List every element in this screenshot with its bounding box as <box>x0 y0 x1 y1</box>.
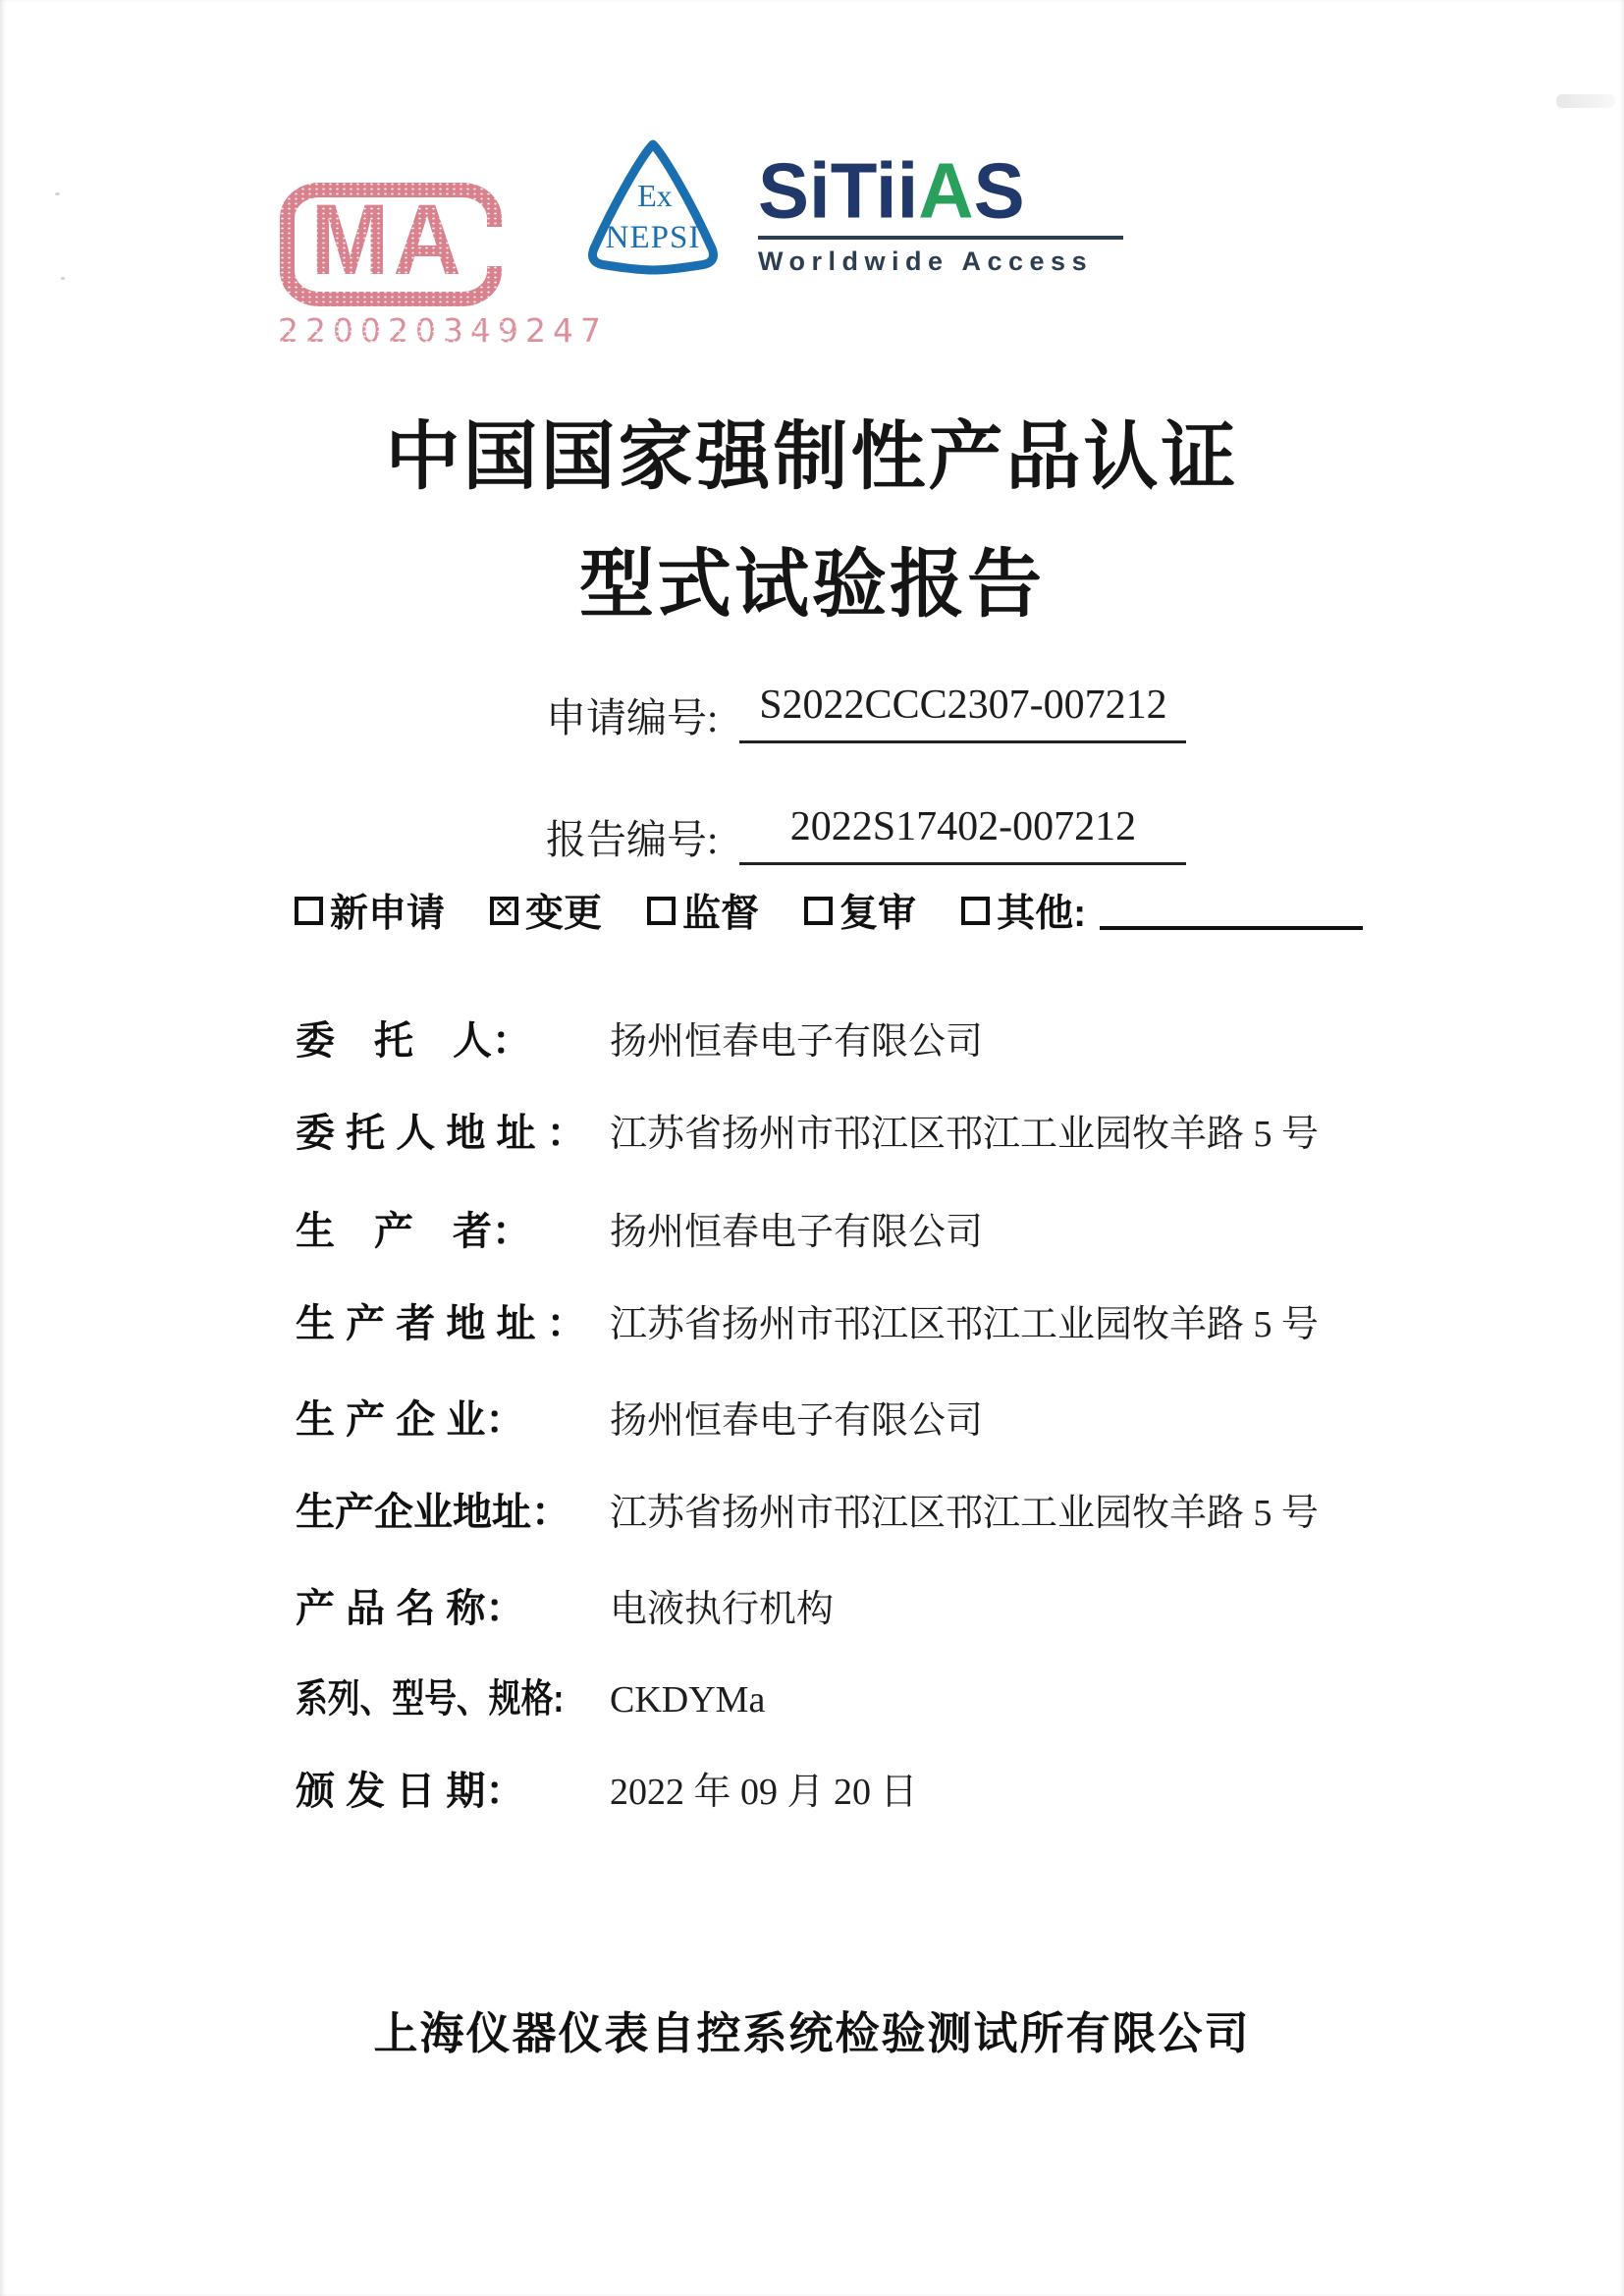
checkbox-supervision: 监督 <box>647 883 759 938</box>
field-value: 江苏省扬州市邗江区邗江工业园牧羊路 5 号 <box>610 1293 1319 1347</box>
scan-fleck <box>55 192 60 195</box>
field-value: 电液执行机构 <box>610 1578 834 1632</box>
cma-stamp: MA 220020349247 <box>278 183 510 350</box>
cma-stamp-opening <box>485 227 504 266</box>
checkbox-checked-icon: ✕ <box>490 897 518 925</box>
checkbox-label: 新申请 <box>330 883 445 938</box>
field-value: CKDYMa <box>610 1678 765 1722</box>
application-type-row: 新申请 ✕ 变更 监督 复审 其他: <box>295 883 1363 938</box>
field-label: 颁 发 日 期： <box>296 1760 572 1816</box>
field-product-name: 产 品 名 称：电液执行机构 <box>296 1577 834 1633</box>
field-label: 生产企业地址： <box>296 1481 572 1537</box>
checkbox-icon <box>647 897 676 925</box>
cma-stamp-icon: MA <box>280 183 502 306</box>
sitiias-logo: SiTiiAS Worldwide Access <box>758 149 1123 277</box>
field-value: 江苏省扬州市邗江区邗江工业园牧羊路 5 号 <box>610 1482 1319 1536</box>
field-consignor: 委 托 人：扬州恒春电子有限公司 <box>296 1010 983 1066</box>
sitiias-word-green-a: A <box>918 146 973 235</box>
application-number-value: S2022CCC2307-007212 <box>739 682 1186 743</box>
nepsi-ex-text: Ex <box>637 178 673 213</box>
checkbox-label: 复审 <box>839 883 916 938</box>
field-label: 产 品 名 称： <box>296 1577 572 1633</box>
field-value: 江苏省扬州市邗江区邗江工业园牧羊路 5 号 <box>610 1103 1319 1157</box>
cma-stamp-number: 220020349247 <box>278 311 510 350</box>
cma-stamp-letters: MA <box>295 184 481 299</box>
sitiias-divider <box>758 236 1123 240</box>
field-value: 扬州恒春电子有限公司 <box>610 1390 983 1444</box>
checkbox-label: 监督 <box>682 883 759 938</box>
other-blank-line <box>1100 891 1363 930</box>
sitiias-wordmark: SiTiiAS <box>758 148 1123 233</box>
sitiias-tagline: Worldwide Access <box>758 246 1123 277</box>
nepsi-name-text: NEPSI <box>606 220 701 255</box>
certification-report-cover: MA 220020349247 Ex NEPSI SiTiiAS Worldwi… <box>0 0 1624 2296</box>
checkbox-other: 其他: <box>961 883 1363 938</box>
report-number-label: 报告编号: <box>546 817 718 862</box>
sitiias-word-navy-1: SiTii <box>758 146 918 235</box>
field-producer-address: 生 产 者 地 址 ：江苏省扬州市邗江区邗江工业园牧羊路 5 号 <box>296 1292 1319 1348</box>
document-title-line2: 型式试验报告 <box>0 524 1624 631</box>
field-value: 2022 年 09 月 20 日 <box>610 1761 918 1815</box>
scan-smudge <box>1556 94 1615 108</box>
application-number-label: 申请编号: <box>546 695 718 740</box>
report-number-value: 2022S17402-007212 <box>739 803 1186 865</box>
field-label: 委 托 人 地 址 ： <box>296 1102 572 1158</box>
application-number-row: 申请编号:S2022CCC2307-007212 <box>546 685 1186 743</box>
field-consignor-address: 委 托 人 地 址 ：江苏省扬州市邗江区邗江工业园牧羊路 5 号 <box>296 1102 1319 1158</box>
checkbox-icon <box>295 897 323 925</box>
field-label: 生 产 者： <box>296 1200 572 1256</box>
field-label: 生 产 企 业： <box>296 1389 572 1445</box>
field-issue-date: 颁 发 日 期：2022 年 09 月 20 日 <box>296 1760 918 1816</box>
field-label: 系列、型号、规格: <box>296 1667 522 1723</box>
field-value: 扬州恒春电子有限公司 <box>610 1201 983 1255</box>
document-title-line1: 中国国家强制性产品认证 <box>0 397 1624 504</box>
field-manufacturer: 生 产 企 业：扬州恒春电子有限公司 <box>296 1389 983 1445</box>
checkbox-new-application: 新申请 <box>295 883 445 938</box>
checkbox-label: 其他: <box>997 883 1086 938</box>
field-label: 生 产 者 地 址 ： <box>296 1292 572 1348</box>
nepsi-ex-logo: Ex NEPSI <box>569 137 736 280</box>
checkbox-change: ✕ 变更 <box>490 883 602 938</box>
checkbox-review: 复审 <box>804 883 916 938</box>
report-number-row: 报告编号:2022S17402-007212 <box>546 807 1186 865</box>
field-label: 委 托 人： <box>296 1010 572 1066</box>
field-producer: 生 产 者：扬州恒春电子有限公司 <box>296 1200 983 1256</box>
field-manufacturer-address: 生产企业地址：江苏省扬州市邗江区邗江工业园牧羊路 5 号 <box>296 1481 1319 1537</box>
scan-fleck <box>61 277 65 280</box>
field-value: 扬州恒春电子有限公司 <box>610 1011 983 1065</box>
checkbox-icon <box>961 897 990 925</box>
issuer-company-name: 上海仪器仪表自控系统检验测试所有限公司 <box>0 1997 1624 2061</box>
nepsi-triangle-icon: Ex NEPSI <box>569 137 736 280</box>
field-series-model-spec: 系列、型号、规格:CKDYMa <box>296 1667 765 1723</box>
checkbox-label: 变更 <box>525 883 602 938</box>
sitiias-word-navy-2: S <box>974 146 1025 235</box>
checkbox-icon <box>804 897 833 925</box>
